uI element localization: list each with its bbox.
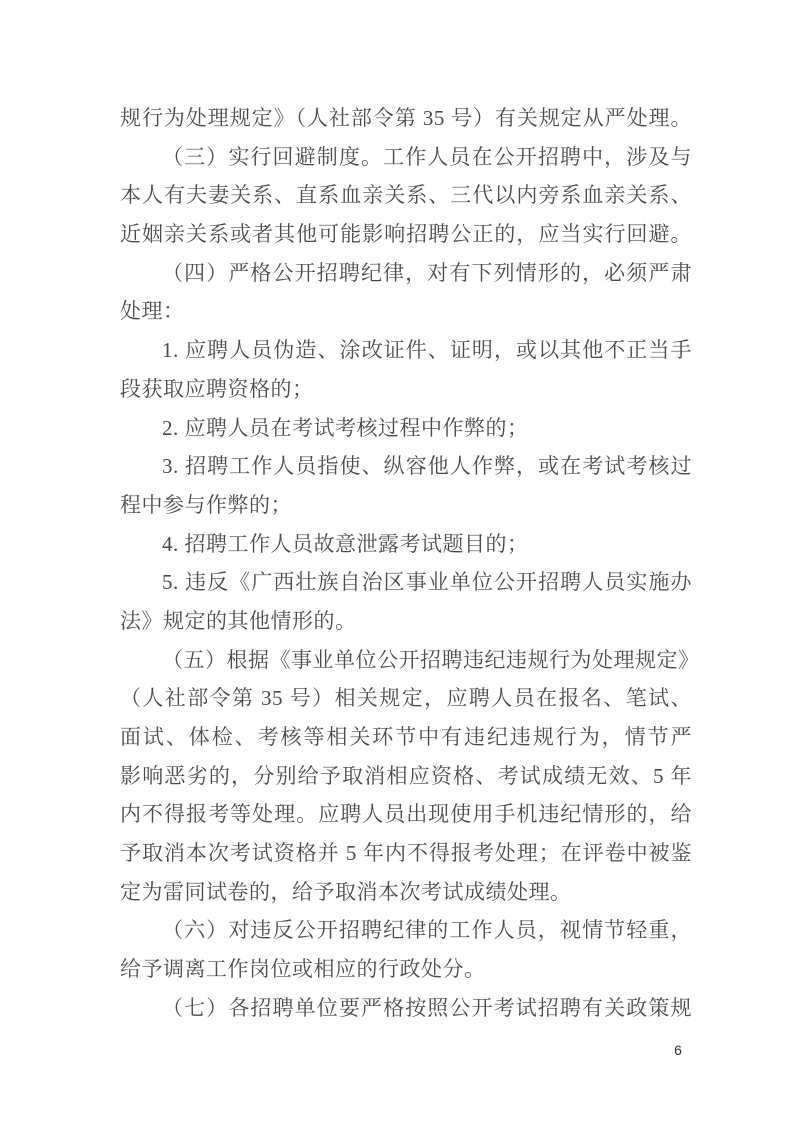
text-line: （三）实行回避制度。工作人员在公开招聘中，涉及与 xyxy=(120,138,692,177)
text-line: 处理： xyxy=(120,292,692,331)
text-line: （七）各招聘单位要严格按照公开考试招聘有关政策规 xyxy=(120,989,692,1028)
text-line: （四）严格公开招聘纪律，对有下列情形的，必须严肃 xyxy=(120,254,692,293)
text-line: 影响恶劣的，分别给予取消相应资格、考试成绩无效、5 年 xyxy=(120,757,692,796)
text-line: 规行为处理规定》（人社部令第 35 号）有关规定从严处理。 xyxy=(120,99,692,138)
text-line: 予取消本次考试资格并 5 年内不得报考处理；在评卷中被鉴 xyxy=(120,834,692,873)
text-line: （人社部令第 35 号）相关规定，应聘人员在报名、笔试、 xyxy=(120,679,692,718)
text-line: 2. 应聘人员在考试考核过程中作弊的； xyxy=(120,409,692,448)
text-line: 内不得报考等处理。应聘人员出现使用手机违纪情形的，给 xyxy=(120,795,692,834)
text-line: 面试、体检、考核等相关环节中有违纪违规行为，情节严重、 xyxy=(120,718,692,757)
document-page: 规行为处理规定》（人社部令第 35 号）有关规定从严处理。 （三）实行回避制度。… xyxy=(0,0,800,1131)
text-line: 3. 招聘工作人员指使、纵容他人作弊，或在考试考核过 xyxy=(120,447,692,486)
text-line: 程中参与作弊的； xyxy=(120,486,692,525)
text-line: （五）根据《事业单位公开招聘违纪违规行为处理规定》 xyxy=(120,641,692,680)
page-number: 6 xyxy=(668,1042,688,1058)
text-line: 本人有夫妻关系、直系血亲关系、三代以内旁系血亲关系、 xyxy=(120,176,692,215)
text-line: （六）对违反公开招聘纪律的工作人员，视情节轻重， xyxy=(120,911,692,950)
text-line: 定为雷同试卷的，给予取消本次考试成绩处理。 xyxy=(120,873,692,912)
document-text-block: 规行为处理规定》（人社部令第 35 号）有关规定从严处理。 （三）实行回避制度。… xyxy=(120,99,692,1028)
text-line: 给予调离工作岗位或相应的行政处分。 xyxy=(120,950,692,989)
text-line: 1. 应聘人员伪造、涂改证件、证明，或以其他不正当手 xyxy=(120,331,692,370)
text-line: 4. 招聘工作人员故意泄露考试题目的； xyxy=(120,525,692,564)
text-line: 近姻亲关系或者其他可能影响招聘公正的，应当实行回避。 xyxy=(120,215,692,254)
text-line: 段获取应聘资格的； xyxy=(120,370,692,409)
text-line: 法》规定的其他情形的。 xyxy=(120,602,692,641)
text-line: 5. 违反《广西壮族自治区事业单位公开招聘人员实施办 xyxy=(120,563,692,602)
